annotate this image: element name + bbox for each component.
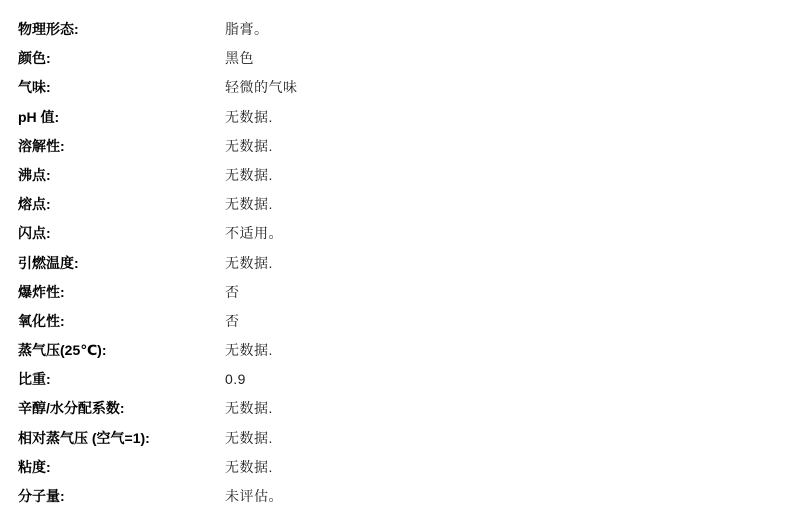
property-label: 颜色: bbox=[18, 44, 51, 73]
property-row-boiling-point: 沸点: 无数据. bbox=[0, 161, 790, 190]
property-row-solubility: 溶解性: 无数据. bbox=[0, 132, 790, 161]
property-value: 不适用。 bbox=[225, 219, 283, 248]
property-value: 无数据. bbox=[225, 132, 273, 161]
property-value: 轻微的气味 bbox=[225, 73, 298, 102]
property-row-color: 颜色: 黑色 bbox=[0, 44, 790, 73]
property-row-ph: pH 值: 无数据. bbox=[0, 103, 790, 132]
property-label: 爆炸性: bbox=[18, 278, 65, 307]
property-row-melting-point: 熔点: 无数据. bbox=[0, 190, 790, 219]
property-label: 沸点: bbox=[18, 161, 51, 190]
property-value: 无数据. bbox=[225, 103, 273, 132]
property-row-physical-state: 物理形态: 脂膏。 bbox=[0, 15, 790, 44]
property-label: 闪点: bbox=[18, 219, 51, 248]
property-label: 辛醇/水分配系数: bbox=[18, 394, 125, 423]
property-row-relative-vapor-density: 相对蒸气压 (空气=1): 无数据. bbox=[0, 424, 790, 453]
property-row-molecular-weight: 分子量: 未评估。 bbox=[0, 482, 790, 511]
property-value: 否 bbox=[225, 278, 240, 307]
property-label: 粘度: bbox=[18, 453, 51, 482]
property-label: 气味: bbox=[18, 73, 51, 102]
property-value: 无数据. bbox=[225, 249, 273, 278]
property-row-oxidizing: 氧化性: 否 bbox=[0, 307, 790, 336]
property-label: pH 值: bbox=[18, 103, 59, 132]
property-value: 无数据. bbox=[225, 453, 273, 482]
physical-properties-table: 物理形态: 脂膏。 颜色: 黑色 气味: 轻微的气味 pH 值: 无数据. 溶解… bbox=[0, 15, 790, 511]
property-label: 溶解性: bbox=[18, 132, 65, 161]
property-value: 无数据. bbox=[225, 424, 273, 453]
property-label: 蒸气压(25℃): bbox=[18, 336, 107, 365]
property-row-partition-coefficient: 辛醇/水分配系数: 无数据. bbox=[0, 394, 790, 423]
property-label: 氧化性: bbox=[18, 307, 65, 336]
property-value: 脂膏。 bbox=[225, 15, 269, 44]
property-label: 物理形态: bbox=[18, 15, 79, 44]
property-value: 无数据. bbox=[225, 161, 273, 190]
property-value: 无数据. bbox=[225, 336, 273, 365]
property-label: 分子量: bbox=[18, 482, 65, 511]
property-value: 0.9 bbox=[225, 365, 246, 394]
property-value: 黑色 bbox=[225, 44, 254, 73]
property-label: 比重: bbox=[18, 365, 51, 394]
property-row-ignition-temperature: 引燃温度: 无数据. bbox=[0, 249, 790, 278]
property-row-flash-point: 闪点: 不适用。 bbox=[0, 219, 790, 248]
property-row-odor: 气味: 轻微的气味 bbox=[0, 73, 790, 102]
property-label: 熔点: bbox=[18, 190, 51, 219]
property-label: 相对蒸气压 (空气=1): bbox=[18, 424, 150, 453]
property-row-explosive: 爆炸性: 否 bbox=[0, 278, 790, 307]
property-value: 无数据. bbox=[225, 394, 273, 423]
property-row-viscosity: 粘度: 无数据. bbox=[0, 453, 790, 482]
property-value: 否 bbox=[225, 307, 240, 336]
property-value: 未评估。 bbox=[225, 482, 283, 511]
property-value: 无数据. bbox=[225, 190, 273, 219]
property-label: 引燃温度: bbox=[18, 249, 79, 278]
property-row-vapor-pressure: 蒸气压(25℃): 无数据. bbox=[0, 336, 790, 365]
property-row-specific-gravity: 比重: 0.9 bbox=[0, 365, 790, 394]
